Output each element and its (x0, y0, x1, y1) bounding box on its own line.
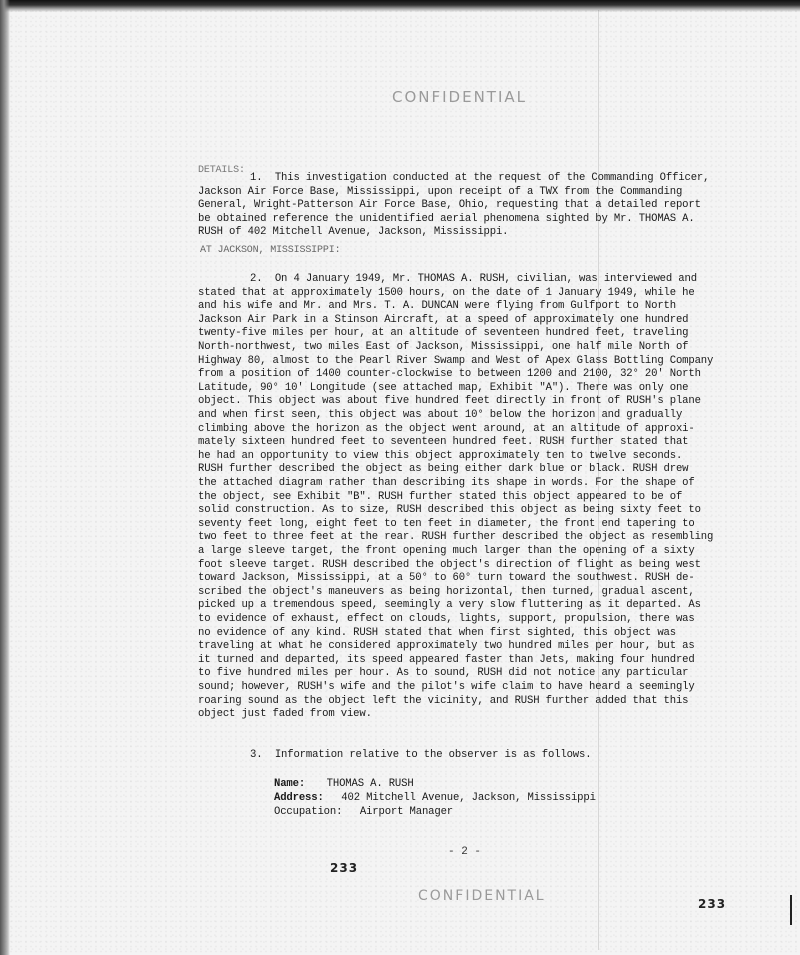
text-line: stated that at approximately 1500 hours,… (198, 286, 695, 300)
text-line: no evidence of any kind. RUSH stated tha… (198, 626, 676, 640)
text-line: toward Jackson, Mississippi, at a 50° to… (198, 571, 695, 585)
text-line: and when first seen, this object was abo… (198, 408, 682, 422)
text-line: Jackson Air Force Base, Mississippi, upo… (198, 185, 682, 199)
handwritten-number-left: 233 (330, 861, 358, 875)
text-line: and his wife and Mr. and Mrs. T. A. DUNC… (198, 299, 676, 313)
text-line: Highway 80, almost to the Pearl River Sw… (198, 354, 713, 368)
paragraph-3: 3. Information relative to the observer … (250, 748, 591, 762)
text-line: General, Wright-Patterson Air Force Base… (198, 198, 701, 212)
text-line: foot sleeve target. RUSH described the o… (198, 558, 701, 572)
text-line: object just faded from view. (198, 707, 372, 721)
classification-stamp-top: CONFIDENTIAL (392, 88, 527, 106)
text-line: 1. This investigation conducted at the r… (250, 171, 709, 185)
text-line: sound; however, RUSH's wife and the pilo… (198, 680, 695, 694)
text-line: scribed the object's maneuvers as being … (198, 585, 695, 599)
location-heading: AT JACKSON, MISSISSIPPI: (200, 244, 340, 258)
text-line: picked up a tremendous speed, seemingly … (198, 598, 701, 612)
text-line: to evidence of exhaust, effect on clouds… (198, 612, 695, 626)
text-line: a large sleeve target, the front opening… (198, 544, 695, 558)
text-line: the attached diagram rather than describ… (198, 476, 695, 490)
handwritten-number-right: 233 (698, 897, 726, 911)
text-line: to five hundred miles per hour. As to so… (198, 666, 688, 680)
text-line: Latitude, 90° 10' Longitude (see attache… (198, 381, 688, 395)
text-line: traveling at what he considered approxim… (198, 639, 695, 653)
scan-left-edge (0, 0, 10, 955)
observer-occupation-value: Airport Manager (360, 806, 453, 818)
text-line: climbing above the horizon as the object… (198, 422, 695, 436)
text-line: North-northwest, two miles East of Jacks… (198, 340, 688, 354)
text-line: seventy feet long, eight feet to ten fee… (198, 517, 695, 531)
text-line: twenty-five miles per hour, at an altitu… (198, 326, 688, 340)
text-line: Jackson Air Park in a Stinson Aircraft, … (198, 313, 688, 327)
text-line: RUSH of 402 Mitchell Avenue, Jackson, Mi… (198, 225, 508, 239)
text-line: from a position of 1400 counter-clockwis… (198, 367, 701, 381)
text-line: be obtained reference the unidentified a… (198, 212, 695, 226)
text-line: it turned and departed, its speed appear… (198, 653, 695, 667)
page-number: - 2 - (448, 846, 481, 858)
text-line: two feet to three feet at the rear. RUSH… (198, 530, 713, 544)
text-line: mately sixteen hundred feet to seventeen… (198, 435, 688, 449)
text-line: RUSH further described the object as bei… (198, 462, 688, 476)
scan-top-edge (0, 0, 800, 12)
document-page: CONFIDENTIAL DETAILS: 1. This investigat… (0, 0, 800, 955)
observer-occupation-label: Occupation: (274, 806, 342, 818)
text-line: solid construction. As to size, RUSH des… (198, 503, 701, 517)
text-line: the object, see Exhibit "B". RUSH furthe… (198, 490, 682, 504)
text-line: roaring sound as the object left the vic… (198, 694, 688, 708)
observer-occupation-row: Occupation: Airport Manager (274, 801, 453, 819)
section-heading: DETAILS: (198, 164, 245, 178)
scan-mark (790, 895, 792, 925)
classification-stamp-bottom: CONFIDENTIAL (418, 888, 546, 904)
text-line: he had an opportunity to view this objec… (198, 449, 682, 463)
text-line: 2. On 4 January 1949, Mr. THOMAS A. RUSH… (250, 272, 697, 286)
text-line: object. This object was about five hundr… (198, 394, 701, 408)
